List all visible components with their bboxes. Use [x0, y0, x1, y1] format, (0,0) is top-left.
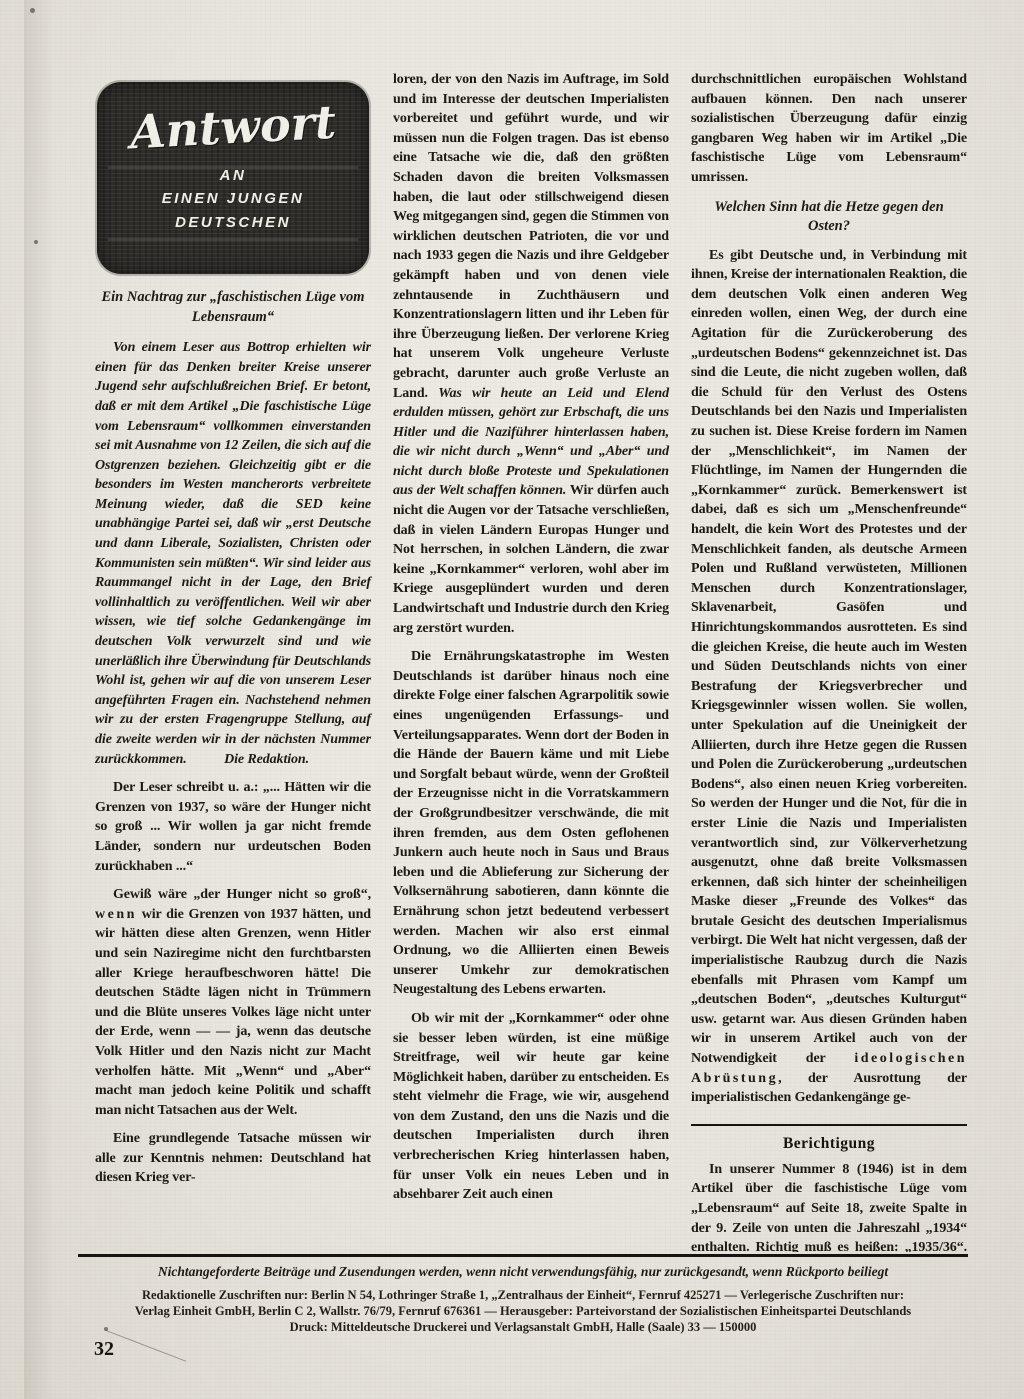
article-title-line-3: EINEN JUNGEN — [97, 187, 369, 210]
column-1: Antwort AN EINEN JUNGEN DEUTSCHEN Ein Na… — [95, 70, 371, 1252]
paragraph-col2-3: Ob wir mit der „Kornkammer“ oder ohne si… — [393, 1009, 669, 1205]
scan-smudge-left-edge — [24, 0, 54, 1399]
editorial-note-text: Von einem Leser aus Bottrop erhielten wi… — [95, 340, 371, 766]
paragraph-col1-2-start: Gewiß wäre „der Hunger nicht so groß“, — [113, 887, 371, 902]
paragraph-col3-2-start: Es gibt Deutsche und, in Verbindung mit … — [691, 248, 967, 1066]
scan-speck — [30, 8, 35, 13]
footer-submission-notice: Nichtangeforderte Beiträge und Zusendung… — [78, 1264, 968, 1280]
column-2: loren, der von den Nazis im Auftrage, im… — [393, 70, 669, 1252]
paragraph-col3-2: Es gibt Deutsche und, in Verbindung mit … — [691, 246, 967, 1108]
paragraph-col3-1: durchschnittlichen europäischen Wohlstan… — [691, 70, 967, 188]
paragraph-col1-2: Gewiß wäre „der Hunger nicht so groß“, w… — [95, 885, 371, 1120]
page-number: 32 — [94, 1338, 114, 1361]
editorial-signature: Die Redaktion. — [190, 752, 309, 767]
paragraph-col2-2: Die Ernährungskatastrophe im Westen Deut… — [393, 647, 669, 1000]
masthead-streak — [108, 238, 358, 241]
masthead-streak — [108, 166, 358, 169]
footer-imprint: Redaktionelle Zuschriften nur: Berlin N … — [78, 1287, 968, 1335]
article-subtitle: Ein Nachtrag zur „faschistischen Lüge vo… — [95, 288, 371, 327]
paragraph-col2-1-italic: Was wir heute an Leid und Elend erdulden… — [393, 386, 669, 499]
paragraph-reader-quote: Der Leser schreibt u. a.: „... Hätten wi… — [95, 778, 371, 876]
imprint-line-editorial: Redaktionelle Zuschriften nur: Berlin N … — [78, 1287, 968, 1303]
article-columns: Antwort AN EINEN JUNGEN DEUTSCHEN Ein Na… — [95, 70, 967, 1252]
correction-box: Berichtigung In unserer Nummer 8 (1946) … — [691, 1124, 967, 1252]
section-heading-hetze-gegen-den-osten: Welchen Sinn hat die Hetze gegen den Ost… — [697, 198, 961, 237]
correction-body: In unserer Nummer 8 (1946) ist in dem Ar… — [691, 1160, 967, 1252]
paragraph-col2-1-start: loren, der von den Nazis im Auftrage, im… — [393, 72, 669, 401]
paragraph-col1-2-spaced-word: wenn — [95, 907, 137, 922]
newspaper-page: { "colors":{"paper":"#e7e5de","ink":"#1d… — [0, 0, 1024, 1399]
footer-divider-rule — [78, 1254, 968, 1257]
paragraph-col2-1-rest: Wir dürfen auch nicht die Augen vor der … — [393, 483, 669, 635]
correction-heading: Berichtigung — [691, 1135, 967, 1153]
imprint-line-printer: Druck: Mitteldeutsche Druckerei und Verl… — [78, 1319, 968, 1335]
article-title-script: Antwort — [97, 97, 369, 157]
paragraph-col2-1: loren, der von den Nazis im Auftrage, im… — [393, 70, 669, 638]
article-title-line-4: DEUTSCHEN — [97, 211, 369, 234]
paragraph-col1-2-rest: wir die Grenzen von 1937 hätten, und wir… — [95, 907, 371, 1118]
scan-speck — [34, 240, 38, 244]
imprint-line-publisher: Verlag Einheit GmbH, Berlin C 2, Wallstr… — [78, 1303, 968, 1319]
column-3: durchschnittlichen europäischen Wohlstan… — [691, 70, 967, 1252]
article-title-box: Antwort AN EINEN JUNGEN DEUTSCHEN — [97, 82, 369, 274]
paragraph-col1-3: Eine grundlegende Tatsache müssen wir al… — [95, 1129, 371, 1188]
editorial-note: Von einem Leser aus Bottrop erhielten wi… — [95, 338, 371, 769]
